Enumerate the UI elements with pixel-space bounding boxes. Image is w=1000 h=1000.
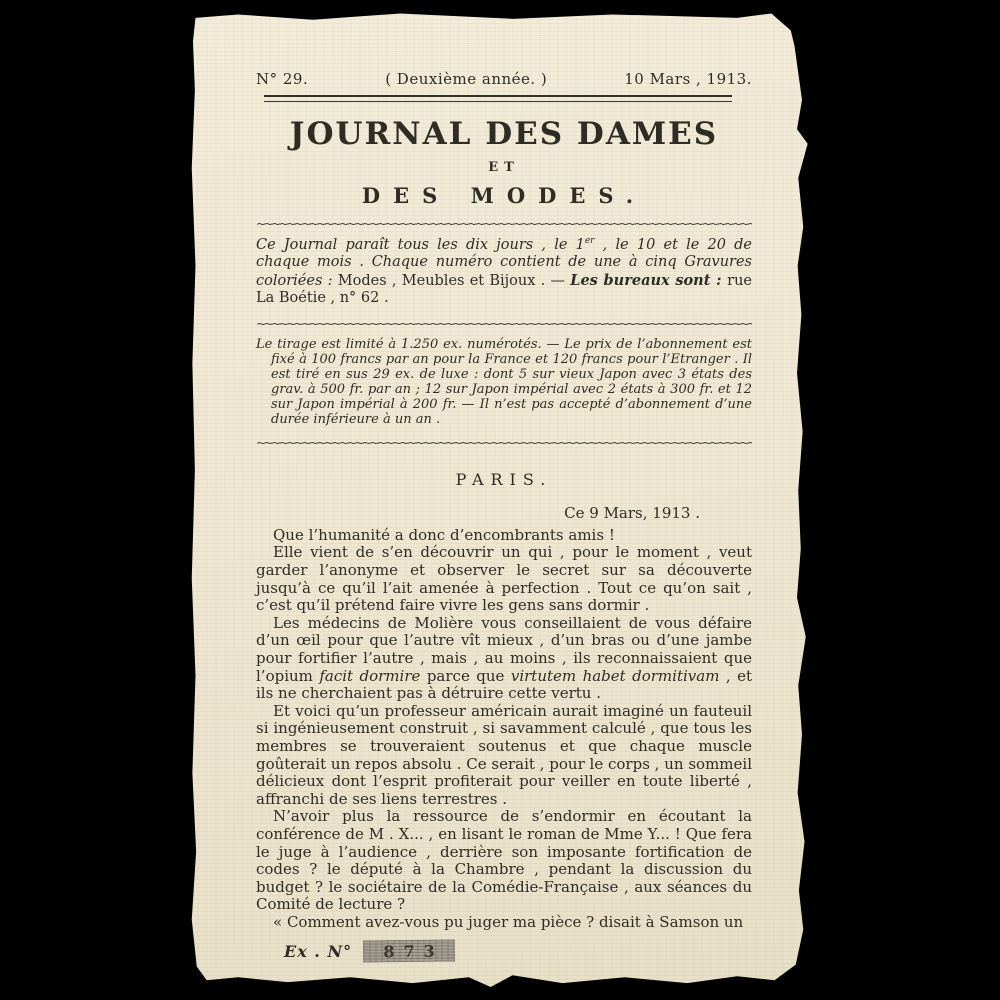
double-rule	[264, 95, 732, 102]
series-label: ( Deuxième année. )	[385, 70, 547, 88]
article-paragraph: N’avoir plus la ressource de s’endormir …	[256, 808, 752, 914]
article-paragraph: « Comment avez-vous pu juger ma pièce ? …	[256, 914, 752, 932]
page-header: N° 29. ( Deuxième année. ) 10 Mars , 191…	[256, 70, 752, 88]
wavy-rule: ~~~~~~~~~~~~~~~~~~~~~~~~~~~~~~~~~~~~~~~~…	[256, 320, 752, 330]
masthead-title-line3: DES MODES.	[256, 183, 752, 208]
copy-number-label: Ex . N°	[284, 942, 352, 961]
circulation-notice: Ce Journal paraît tous les dix jours , l…	[256, 233, 752, 308]
article-paragraph: Les médecins de Molière vous conseillaie…	[256, 615, 752, 703]
section-title-paris: PARIS.	[256, 470, 752, 489]
photo-background: N° 29. ( Deuxième année. ) 10 Mars , 191…	[0, 0, 1000, 1000]
article-paragraph: Et voici qu’un professeur américain aura…	[256, 703, 752, 809]
issue-date: 10 Mars , 1913.	[624, 70, 752, 88]
article-paragraph: Que l’humanité a donc d’encombrants amis…	[256, 527, 752, 545]
issue-number: N° 29.	[256, 70, 308, 88]
copy-number-stamp: 873	[363, 940, 455, 963]
subscription-notice: Le tirage est limité à 1.250 ex. numérot…	[256, 337, 752, 427]
article-paragraph: Elle vient de s’en découvrir un qui , po…	[256, 544, 752, 614]
wavy-rule: ~~~~~~~~~~~~~~~~~~~~~~~~~~~~~~~~~~~~~~~~…	[256, 220, 752, 230]
article-body: Que l’humanité a donc d’encombrants amis…	[256, 527, 752, 932]
copy-number-row: Ex . N° 873	[284, 940, 752, 962]
masthead: JOURNAL DES DAMES ET DES MODES.	[256, 116, 752, 208]
masthead-title-line2: ET	[256, 160, 752, 175]
wavy-rule: ~~~~~~~~~~~~~~~~~~~~~~~~~~~~~~~~~~~~~~~~…	[256, 439, 752, 449]
masthead-title-line1: JOURNAL DES DAMES	[256, 116, 752, 152]
dateline: Ce 9 Mars, 1913 .	[256, 504, 752, 522]
journal-page: N° 29. ( Deuxième année. ) 10 Mars , 191…	[188, 12, 812, 988]
